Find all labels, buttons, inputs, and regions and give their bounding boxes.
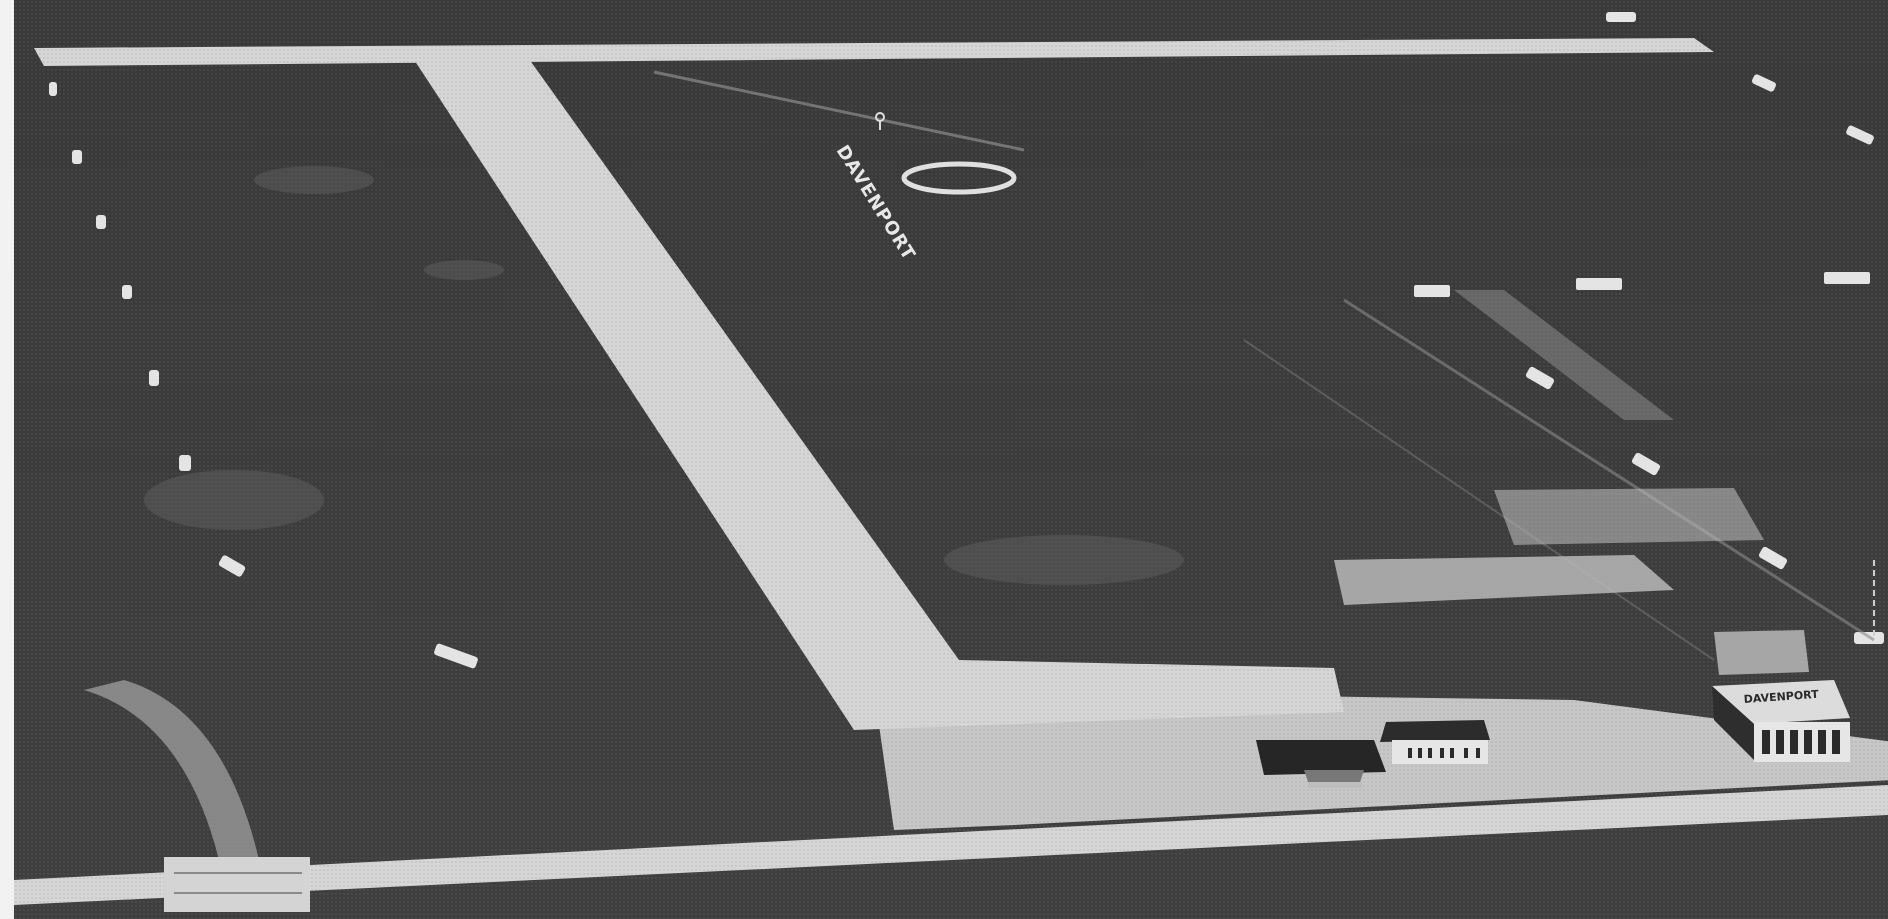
aerial-photograph: DAVENPORT <box>14 0 1888 919</box>
entrance-sign <box>164 857 310 912</box>
office-building <box>1380 720 1490 764</box>
